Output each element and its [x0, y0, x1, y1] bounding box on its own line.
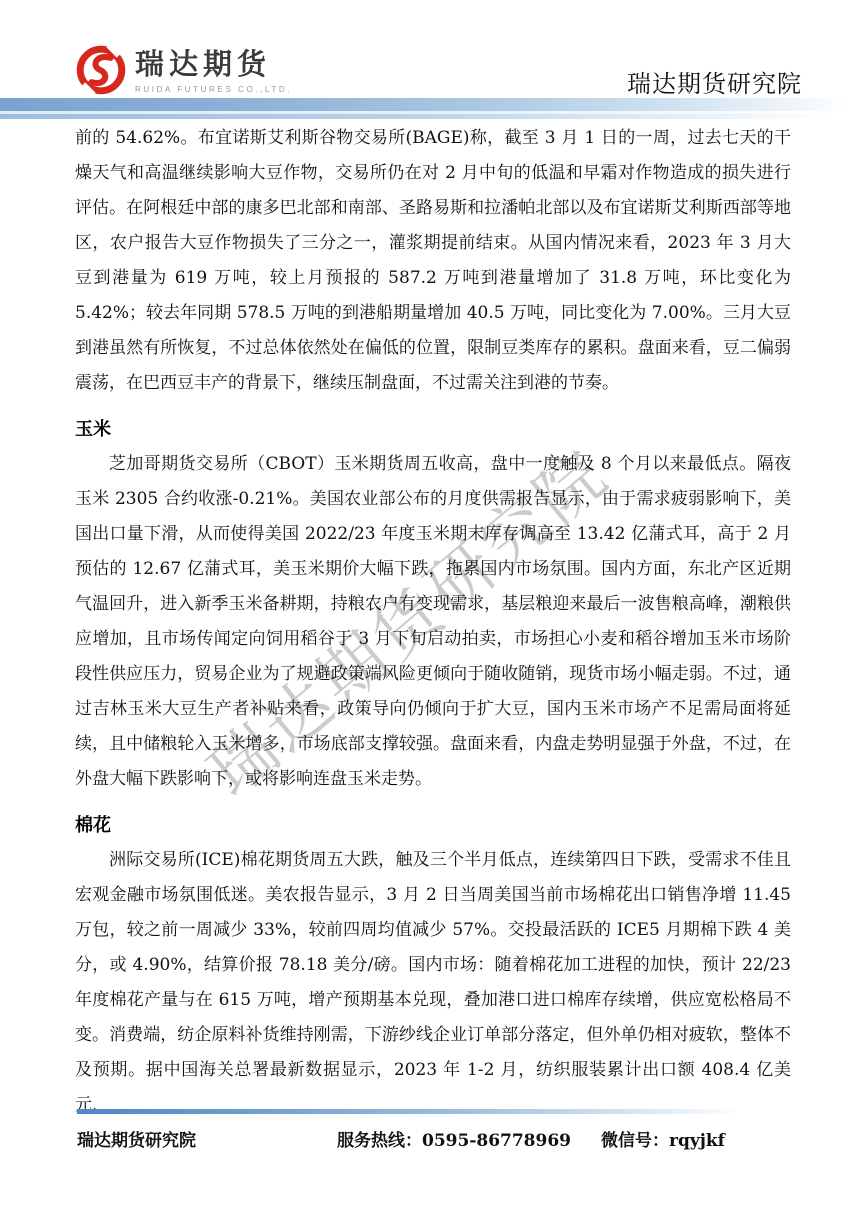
header-bar-top-band — [0, 98, 860, 111]
logo-text-block: 瑞达期货 RUIDA FUTURES CO.,LTD. — [135, 44, 292, 94]
soybean-paragraph: 前的 54.62%。布宜诺斯艾利斯谷物交易所(BAGE)称，截至 3 月 1 日… — [75, 121, 791, 401]
cotton-paragraph: 洲际交易所(ICE)棉花期货周五大跌，触及三个半月低点，连续第四日下跌，受需求不… — [75, 843, 791, 1123]
logo-company-name: 瑞达期货 — [135, 50, 292, 82]
footer-institute-name: 瑞达期货研究院 — [77, 1126, 196, 1151]
footer-wechat: 微信号：rqyjkf — [601, 1126, 725, 1151]
footer-divider-line — [77, 1109, 791, 1114]
page-header: 瑞达期货 RUIDA FUTURES CO.,LTD. 瑞达期货研究院 — [0, 0, 860, 98]
company-logo: 瑞达期货 RUIDA FUTURES CO.,LTD. — [75, 44, 292, 96]
logo-company-name-en: RUIDA FUTURES CO.,LTD. — [135, 85, 292, 94]
footer-hotline-number: 0595-86778969 — [422, 1131, 571, 1151]
page-footer: 瑞达期货研究院 服务热线：0595-86778969 微信号：rqyjkf — [0, 1123, 860, 1153]
footer-hotline-label: 服务热线： — [337, 1131, 422, 1151]
footer-hotline: 服务热线：0595-86778969 — [337, 1126, 571, 1151]
corn-paragraph: 芝加哥期货交易所（CBOT）玉米期货周五收高，盘中一度触及 8 个月以来最低点。… — [75, 447, 791, 797]
document-body: 前的 54.62%。布宜诺斯艾利斯谷物交易所(BAGE)称，截至 3 月 1 日… — [75, 121, 791, 1123]
header-bar-bottom-band — [0, 114, 860, 119]
footer-wechat-label: 微信号： — [601, 1131, 669, 1151]
corn-section-heading: 玉米 — [75, 412, 791, 447]
cotton-section-heading: 棉花 — [75, 808, 791, 843]
ruida-logo-icon — [75, 44, 127, 96]
header-institute-title: 瑞达期货研究院 — [627, 64, 802, 99]
footer-wechat-id: rqyjkf — [669, 1131, 725, 1151]
header-divider-bar — [0, 98, 860, 120]
report-page: 瑞达期货 RUIDA FUTURES CO.,LTD. 瑞达期货研究院 瑞达期货… — [0, 0, 860, 1217]
